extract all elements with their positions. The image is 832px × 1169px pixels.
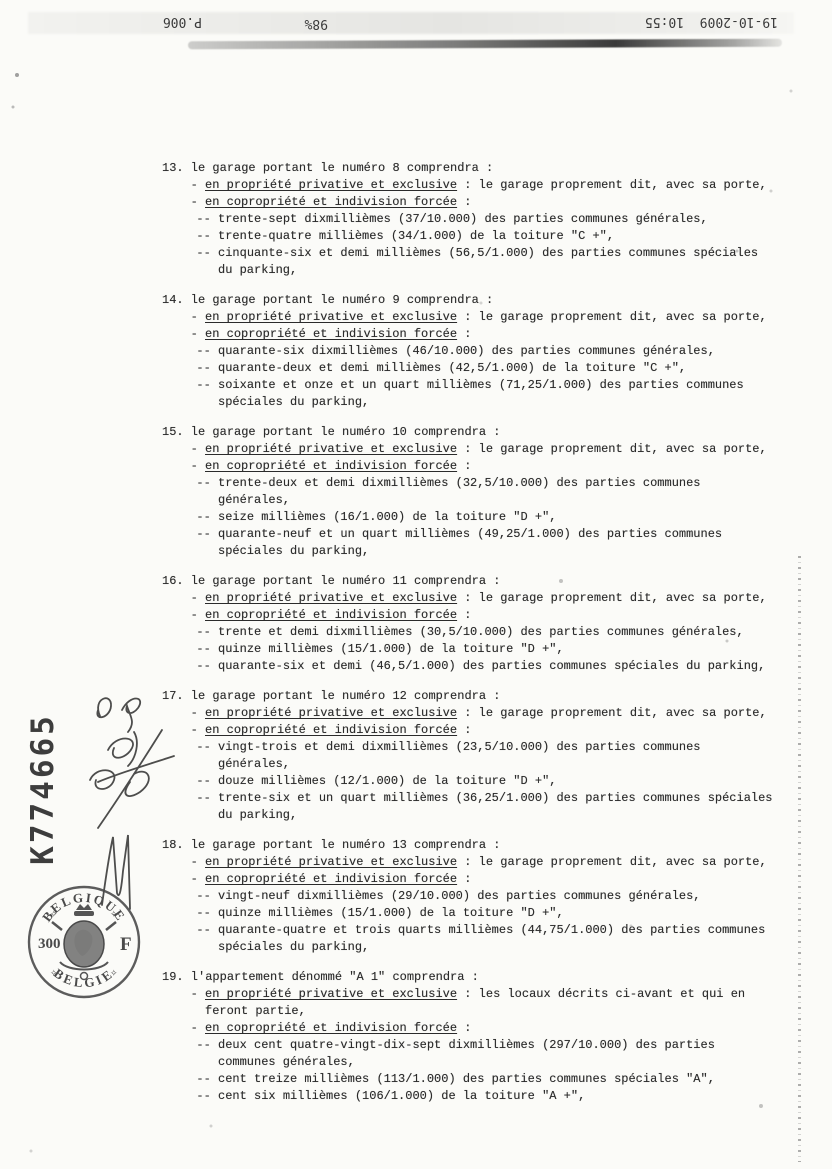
deed-bullet: - en propriété privative et exclusive : …	[162, 309, 808, 326]
deed-bullet: -- deux cent quatre-vingt-dix-sept dixmi…	[162, 1037, 808, 1071]
deed-bullet: - en propriété privative et exclusive : …	[162, 177, 808, 194]
deed-bullet: -- quarante-deux et demi millièmes (42,5…	[162, 360, 808, 377]
deed-bullet: -- quarante-six dixmillièmes (46/10.000)…	[162, 343, 808, 360]
serial-number-stamp: K774665	[25, 699, 65, 879]
item-bullets: - en propriété privative et exclusive : …	[162, 986, 808, 1105]
deed-bullet: -- douze millièmes (12/1.000) de la toit…	[162, 773, 808, 790]
deed-bullet: -- quarante-quatre et trois quarts milli…	[162, 922, 808, 956]
fax-page-number: P.006	[140, 14, 202, 29]
belgium-revenue-stamp: BELGIQUE BELGIE 300 F ✧✧✧✧	[24, 884, 144, 1002]
deed-item: 18. le garage portant le numéro 13 compr…	[162, 837, 808, 956]
handwritten-initials	[78, 688, 190, 838]
stamp-value-number: 300	[38, 936, 61, 952]
item-bullets: - en propriété privative et exclusive : …	[162, 309, 808, 411]
item-title: l'appartement dénommé "A 1" comprendra :	[184, 970, 479, 984]
svg-text:✧: ✧	[110, 969, 118, 979]
item-title: le garage portant le numéro 9 comprendra…	[184, 293, 494, 307]
deed-bullet: -- quinze millièmes (15/1.000) de la toi…	[162, 905, 808, 922]
deed-bullet: -- quarante-neuf et un quart millièmes (…	[162, 526, 808, 560]
item-number: 15.	[162, 425, 184, 439]
svg-text:✧: ✧	[50, 910, 58, 920]
deed-item-title-line: 19. l'appartement dénommé "A 1" comprend…	[162, 969, 808, 986]
scan-specks	[0, 0, 2, 2]
deed-bullet: -- trente et demi dixmillièmes (30,5/10.…	[162, 624, 808, 641]
item-number: 13.	[162, 161, 184, 175]
deed-bullet: -- trente-deux et demi dixmillièmes (32,…	[162, 475, 808, 509]
svg-text:✧: ✧	[110, 910, 118, 920]
deed-bullet: - en copropriété et indivision forcée :	[162, 871, 808, 888]
deed-bullet: -- quarante-six et demi (46,5/1.000) des…	[162, 658, 808, 675]
deed-bullet: -- trente-quatre millièmes (34/1.000) de…	[162, 228, 808, 245]
item-bullets: - en propriété privative et exclusive : …	[162, 590, 808, 675]
item-number: 18.	[162, 838, 184, 852]
item-bullets: - en propriété privative et exclusive : …	[162, 705, 808, 824]
item-number: 14.	[162, 293, 184, 307]
item-bullets: - en propriété privative et exclusive : …	[162, 854, 808, 956]
deed-bullet: -- trente-six et un quart millièmes (36,…	[162, 790, 808, 824]
item-title: le garage portant le numéro 8 comprendra…	[184, 161, 494, 175]
deed-item: 16. le garage portant le numéro 11 compr…	[162, 573, 808, 675]
deed-bullet: - en propriété privative et exclusive : …	[162, 854, 808, 871]
deed-item-title-line: 13. le garage portant le numéro 8 compre…	[162, 160, 808, 177]
deed-item-title-line: 14. le garage portant le numéro 9 compre…	[162, 292, 808, 309]
deed-bullet: -- trente-sept dixmillièmes (37/10.000) …	[162, 211, 808, 228]
scan-smudge-line	[188, 39, 782, 50]
item-title: le garage portant le numéro 11 comprendr…	[184, 574, 501, 588]
deed-bullet: -- vingt-trois et demi dixmillièmes (23,…	[162, 739, 808, 773]
deed-bullet: -- soixante et onze et un quart millième…	[162, 377, 808, 411]
deed-bullet: - en propriété privative et exclusive : …	[162, 986, 808, 1020]
item-title: le garage portant le numéro 10 comprendr…	[184, 425, 501, 439]
item-bullets: - en propriété privative et exclusive : …	[162, 441, 808, 560]
fax-datetime: 19-10-2009 10:55	[600, 14, 778, 29]
scan-edge-noise	[798, 556, 801, 1162]
fax-quality: 98%	[282, 16, 328, 31]
deed-bullet: -- cinquante-six et demi millièmes (56,5…	[162, 245, 808, 279]
deed-bullet: - en copropriété et indivision forcée :	[162, 722, 808, 739]
deed-item-title-line: 15. le garage portant le numéro 10 compr…	[162, 424, 808, 441]
deed-item: 15. le garage portant le numéro 10 compr…	[162, 424, 808, 560]
svg-text:✧: ✧	[50, 969, 58, 979]
deed-item: 19. l'appartement dénommé "A 1" comprend…	[162, 969, 808, 1105]
item-number: 16.	[162, 574, 184, 588]
deed-item-title-line: 16. le garage portant le numéro 11 compr…	[162, 573, 808, 590]
deed-item: 17. le garage portant le numéro 12 compr…	[162, 688, 808, 824]
deed-bullet: -- seize millièmes (16/1.000) de la toit…	[162, 509, 808, 526]
deed-bullet: - en copropriété et indivision forcée :	[162, 458, 808, 475]
deed-item: 14. le garage portant le numéro 9 compre…	[162, 292, 808, 411]
deed-bullet: - en propriété privative et exclusive : …	[162, 590, 808, 607]
deed-bullet: - en copropriété et indivision forcée :	[162, 194, 808, 211]
item-bullets: - en propriété privative et exclusive : …	[162, 177, 808, 279]
deed-bullet: - en propriété privative et exclusive : …	[162, 441, 808, 458]
deed-bullet: -- vingt-neuf dixmillièmes (29/10.000) d…	[162, 888, 808, 905]
deed-text-body: 13. le garage portant le numéro 8 compre…	[162, 160, 808, 1118]
deed-bullet: -- cent treize millièmes (113/1.000) des…	[162, 1071, 808, 1088]
stamp-value-currency: F	[120, 934, 132, 955]
deed-item-title-line: 18. le garage portant le numéro 13 compr…	[162, 837, 808, 854]
deed-item: 13. le garage portant le numéro 8 compre…	[162, 160, 808, 279]
deed-bullet: - en copropriété et indivision forcée :	[162, 607, 808, 624]
item-number: 19.	[162, 970, 184, 984]
item-title: le garage portant le numéro 13 comprendr…	[184, 838, 501, 852]
scanned-deed-page: 19-10-2009 10:55 98% P.006 13. le garage…	[0, 0, 832, 1169]
item-title: le garage portant le numéro 12 comprendr…	[184, 689, 501, 703]
deed-bullet: -- cent six millièmes (106/1.000) de la …	[162, 1088, 808, 1105]
deed-bullet: -- quinze millièmes (15/1.000) de la toi…	[162, 641, 808, 658]
deed-bullet: - en propriété privative et exclusive : …	[162, 705, 808, 722]
deed-bullet: - en copropriété et indivision forcée :	[162, 1020, 808, 1037]
deed-bullet: - en copropriété et indivision forcée :	[162, 326, 808, 343]
deed-item-title-line: 17. le garage portant le numéro 12 compr…	[162, 688, 808, 705]
